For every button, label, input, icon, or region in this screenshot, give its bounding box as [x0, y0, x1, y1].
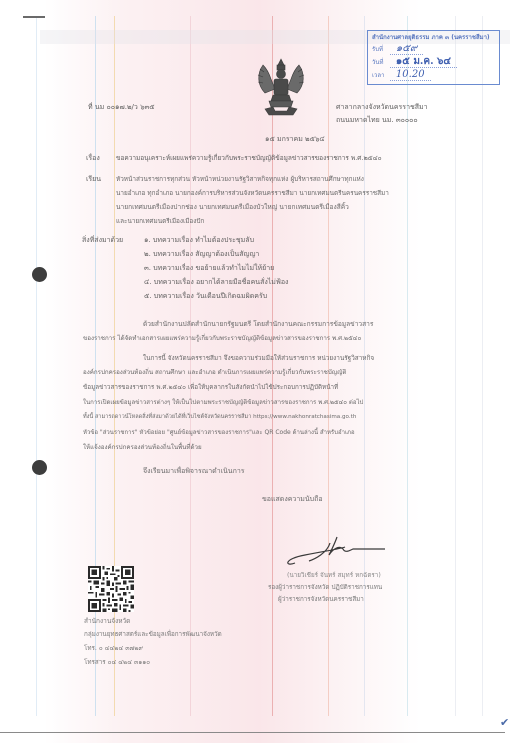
hole-punch-icon	[32, 460, 47, 475]
stamp-date: ๑๕ ม.ค. ๖๔	[390, 56, 457, 68]
address-line-1: ศาลากลางจังหวัดนครราชสีมา	[336, 104, 428, 111]
stamp-time-label: เวลา	[372, 73, 388, 79]
enclosure-item: ๕. บทความเรื่อง วันเดือนปีเกิดฉมผิดครับ	[144, 293, 267, 300]
enclosures-label: สิ่งที่ส่งมาด้วย	[82, 237, 123, 244]
closing-request: จึงเรียนมาเพื่อพิจารณาดำเนินการ	[143, 468, 245, 475]
address-line-2: ถนนมหาดไทย นม. ๓๐๐๐๐	[336, 117, 418, 124]
scanned-page: สำนักงานศาลยุติธรรม ภาค ๓ (นครราชสีมา) ร…	[0, 0, 515, 743]
enclosure-item: ๓. บทความเรื่อง ขอย้ายแล้วทำไมไม่ให้ย้าย	[144, 265, 274, 272]
signatory-name: (นายวิเชียร์ จันทร์ สมุทร์ หกฉัตรา)	[287, 573, 381, 579]
signatory-position-1: รองผู้ว่าราชการจังหวัด ปฏิบัติราชการแทน	[268, 585, 382, 591]
scan-streak	[328, 16, 329, 716]
scan-streak	[272, 16, 273, 716]
body-paragraph-2-line: ข้อมูลข่าวสารของราชการ พ.ศ.๒๕๔๐ เพื่อให้…	[83, 385, 338, 391]
signatory-position-2: ผู้ว่าราชการจังหวัดนครราชสีมา	[278, 597, 364, 603]
stamp-receive-label: รับที่	[372, 47, 388, 53]
recipient-label: เรียน	[86, 176, 101, 183]
body-paragraph-2-line: ให้แจ้งองค์กรปกครองส่วนท้องถิ่นในพื้นที่…	[83, 445, 202, 451]
signature-mark	[285, 533, 385, 569]
scan-streak	[190, 16, 191, 716]
qr-code-icon	[88, 566, 134, 612]
stamp-office: สำนักงานศาลยุติธรรม ภาค ๓ (นครราชสีมา)	[372, 35, 490, 41]
enclosure-item: ๑. บทความเรื่อง ทำไมต้องประชุมลับ	[144, 237, 254, 244]
subject-text: ขอความอนุเคราะห์เผยแพร่ความรู้เกี่ยวกับพ…	[116, 155, 382, 162]
body-paragraph-2-line: องค์กรปกครองส่วนท้องถิ่น สถานศึกษา และอำ…	[83, 370, 346, 376]
body-paragraph-2-line: หัวข้อ "ส่วนราชการ" หัวข้อย่อย "ศูนย์ข้อ…	[83, 430, 355, 436]
body-paragraph-2-line: ในการนี้ จังหวัดนครราชสีมา จึงขอความร่วม…	[143, 355, 374, 361]
footer-fax: โทรสาร ๐๔ ๔๒๔ ๓๑๑๐	[84, 660, 150, 666]
check-mark-icon: ✔	[500, 716, 509, 729]
hole-punch-icon	[32, 267, 47, 282]
closing-salutation: ขอแสดงความนับถือ	[262, 496, 323, 503]
body-paragraph-1-line: ด้วยสำนักงานปลัดสำนักนายกรัฐมนตรี โดยสำน…	[143, 321, 373, 328]
stamp-date-label: วันที่	[372, 60, 388, 66]
stamp-receive-no: ๑๕๙	[390, 43, 423, 55]
corner-mark	[23, 16, 45, 18]
reference-number: ที่ นม ๐๐๑๗.๒/ว ๖๓๕	[88, 104, 155, 111]
recipient-line: นายกเทศมนตรีเมืองปากช่อง นายกเทศมนตรีเมื…	[116, 204, 349, 211]
body-paragraph-2-line: ทั้งนี้ สามารถดาวน์โหลดสิ่งที่ส่งมาด้วยไ…	[83, 415, 356, 421]
document-date: ๑๕ มกราคม ๒๕๖๔	[265, 136, 325, 143]
subject-label: เรื่อง	[86, 155, 100, 162]
scan-streak	[36, 16, 37, 716]
enclosure-item: ๒. บทความเรื่อง สัญญาต้องเป็นสัญญา	[144, 251, 259, 258]
recipient-line: หัวหน้าส่วนราชการทุกส่วน หัวหน้าหน่วยงาน…	[116, 176, 364, 182]
footer-division: กลุ่มงานยุทธศาสตร์และข้อมูลเพื่อการพัฒนา…	[84, 632, 222, 638]
garuda-emblem-icon	[253, 55, 309, 121]
body-paragraph-2-line: ในการเปิดเผยข้อมูลข่าวสารต่างๆ ให้เป็นไป…	[83, 400, 363, 406]
footer-phone: โทร. ๐ ๔๔๒๔ ๓๗๒๙	[84, 646, 143, 652]
footer-office: สำนักงานจังหวัด	[84, 618, 130, 625]
scan-streak	[455, 16, 456, 716]
stamp-time: 10.20	[390, 69, 431, 81]
enclosure-item: ๔. บทความเรื่อง อยากได้ลายมือชื่อคนสั่งไ…	[144, 279, 288, 286]
body-paragraph-1-line: ของราชการ ได้จัดทำเอกสารเผยแพร่ความรู้เก…	[83, 336, 361, 342]
recipient-line: นายอำเภอ ทุกอำเภอ นายกองค์การบริหารส่วนจ…	[116, 190, 389, 196]
recipient-line: และนายกเทศมนตรีเมืองเมืองปัก	[116, 218, 204, 224]
scan-streak	[482, 16, 483, 716]
bottom-rule	[0, 732, 505, 733]
receipt-stamp: สำนักงานศาลยุติธรรม ภาค ๓ (นครราชสีมา) ร…	[367, 30, 500, 85]
